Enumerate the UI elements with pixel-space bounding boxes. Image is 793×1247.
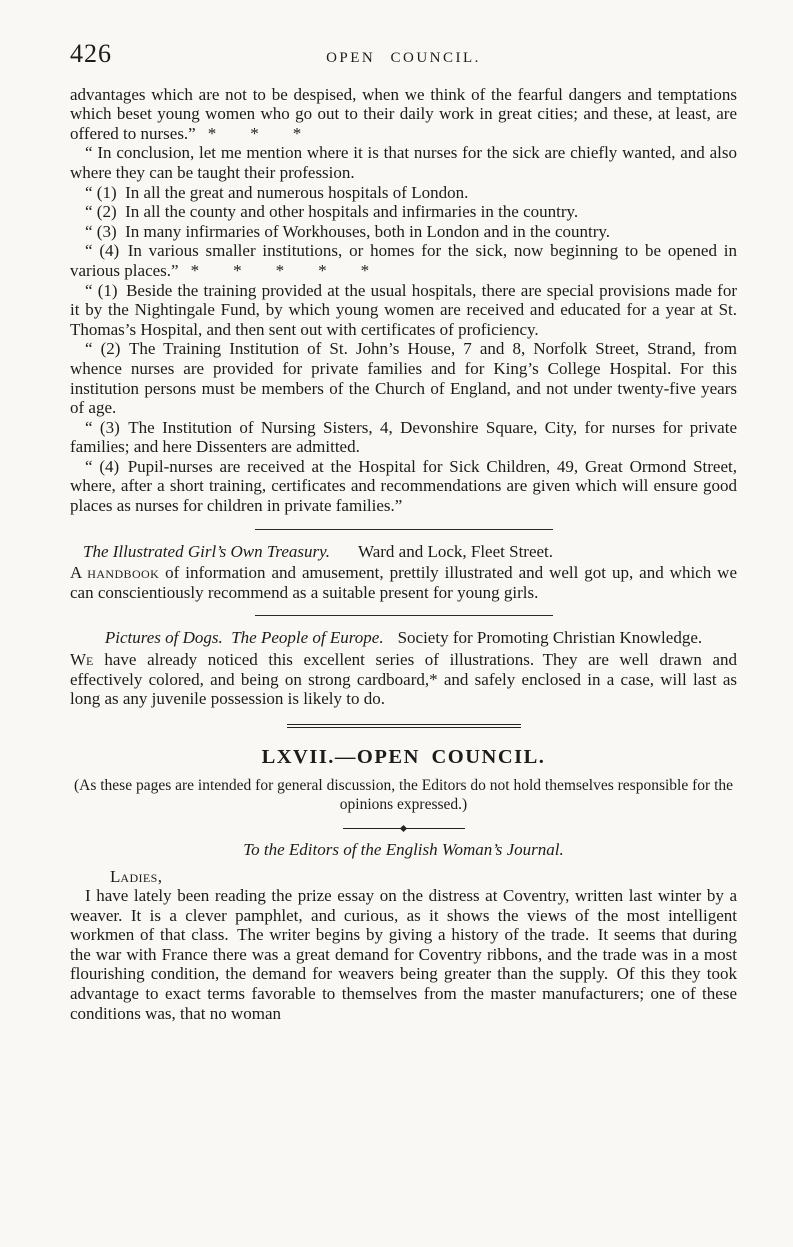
letter-body: I have lately been reading the prize ess… — [70, 886, 737, 1023]
review-pictures-of-dogs: Pictures of Dogs. The People of Europe.S… — [70, 628, 737, 708]
rule-line — [343, 828, 403, 829]
review-heading: The Illustrated Girl’s Own Treasury.Ward… — [70, 542, 737, 562]
review-body: We have already noticed this excellent s… — [70, 650, 737, 709]
lead-smallcaps: adies, — [120, 867, 162, 886]
review-heading: Pictures of Dogs. The People of Europe.S… — [70, 628, 737, 648]
asterisk-separator: * * * — [196, 124, 302, 143]
lead-smallcaps: handbook — [87, 563, 159, 582]
paragraph: “ (2) In all the county and other hospit… — [70, 202, 737, 222]
review-text: of information and amusement, prettily i… — [70, 563, 737, 602]
asterisk-separator: * * * * * — [179, 261, 370, 280]
paragraph-text: “ (1) Beside the training provided at th… — [70, 281, 737, 339]
section-divider-rule — [255, 615, 553, 616]
paragraph-text: “ (3) The Institution of Nursing Sisters… — [70, 418, 737, 457]
lead-capital: L — [110, 867, 120, 886]
paragraph-text: “ (4) Pupil-nurses are received at the H… — [70, 457, 737, 515]
editors-note: (As these pages are intended for general… — [74, 776, 734, 815]
journal-page: 426 OPEN COUNCIL. advantages which are n… — [0, 0, 793, 1247]
paragraph: “ (1) In all the great and numerous hosp… — [70, 183, 737, 203]
ornamental-rule — [343, 826, 465, 831]
publisher: Ward and Lock, Fleet Street. — [358, 542, 553, 561]
paragraph: “ (4) In various smaller institutions, o… — [70, 241, 737, 280]
lead-capital: W — [70, 650, 86, 669]
book-title: The Illustrated Girl’s Own Treasury. — [83, 542, 330, 561]
review-text: have already noticed this excellent seri… — [70, 650, 737, 708]
paragraph: “ (3) The Institution of Nursing Sisters… — [70, 418, 737, 457]
review-girls-own-treasury: The Illustrated Girl’s Own Treasury.Ward… — [70, 542, 737, 603]
paragraph-text: “ (2) The Training Institution of St. Jo… — [70, 339, 737, 417]
paragraph: advantages which are not to be despised,… — [70, 85, 737, 144]
running-head: OPEN COUNCIL. — [162, 49, 645, 69]
paragraph-text: “ (3) In many infirmaries of Workhouses,… — [85, 222, 610, 241]
lead-smallcaps: e — [86, 650, 94, 669]
section-divider-rule — [255, 529, 553, 530]
nurses-article-continuation: advantages which are not to be despised,… — [70, 85, 737, 516]
page-header: 426 OPEN COUNCIL. — [70, 44, 737, 69]
paragraph: “ (4) Pupil-nurses are received at the H… — [70, 457, 737, 516]
page-number: 426 — [70, 44, 162, 64]
paragraph: “ (3) In many infirmaries of Workhouses,… — [70, 222, 737, 242]
paragraph: “ In conclusion, let me mention where it… — [70, 143, 737, 182]
book-titles: Pictures of Dogs. The People of Europe. — [105, 628, 384, 647]
review-body: A handbook of information and amusement,… — [70, 563, 737, 602]
paragraph-text: advantages which are not to be despised,… — [70, 85, 737, 143]
diamond-ornament-icon — [400, 825, 407, 832]
paragraph-text: “ (2) In all the county and other hospit… — [85, 202, 578, 221]
paragraph-text: “ (4) In various smaller institutions, o… — [70, 241, 737, 280]
lead-capital: A — [70, 563, 87, 582]
paragraph-text: “ (1) In all the great and numerous hosp… — [85, 183, 468, 202]
letter-greeting: Ladies, — [70, 867, 737, 887]
rule-line — [405, 828, 465, 829]
section-divider-double-rule — [287, 724, 521, 729]
paragraph: “ (2) The Training Institution of St. Jo… — [70, 339, 737, 417]
section-heading: LXVII.—OPEN COUNCIL. — [70, 748, 737, 768]
paragraph: “ (1) Beside the training provided at th… — [70, 281, 737, 340]
letter-salutation: To the Editors of the English Woman’s Jo… — [70, 840, 737, 860]
open-council-section: LXVII.—OPEN COUNCIL. (As these pages are… — [70, 748, 737, 1023]
publisher: Society for Promoting Christian Knowledg… — [398, 628, 703, 647]
paragraph-text: “ In conclusion, let me mention where it… — [70, 143, 737, 182]
